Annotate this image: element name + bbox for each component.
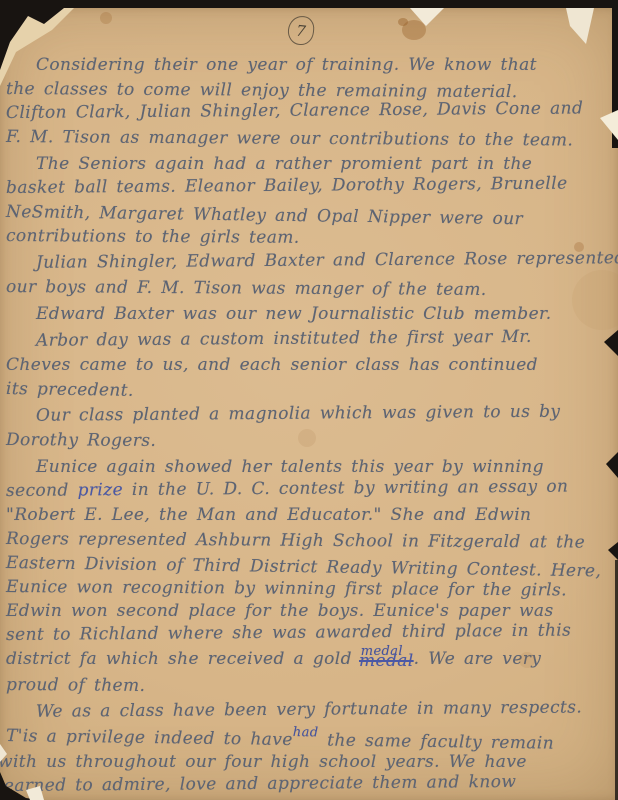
handwritten-line: Eunice won recognition by winning first …	[6, 575, 614, 603]
text-segment: We as a class have been very fortunate i…	[36, 697, 582, 721]
text-segment: district fa which she received a gold	[6, 649, 361, 669]
text-segment: learned to admire, love and appreciate t…	[0, 772, 516, 796]
text-segment: Arbor day was a custom instituted the fi…	[36, 327, 532, 351]
handwritten-line: Clifton Clark, Julian Shingler, Clarence…	[6, 96, 614, 125]
text-segment: Julian Shingler, Edward Baxter and Clare…	[36, 248, 618, 273]
text-segment: sent to Richland where she was awarded t…	[6, 621, 571, 645]
text-segment: Eunice won recognition by winning first …	[6, 577, 567, 600]
inserted-correction: had	[293, 721, 319, 745]
handwritten-line: Our class planted a magnolia which was g…	[6, 399, 614, 428]
handwritten-line: Dorothy Rogers.	[6, 428, 614, 456]
handwritten-line: Julian Shingler, Edward Baxter and Clare…	[6, 246, 614, 275]
handwritten-line: sent to Richland where she was awarded t…	[6, 618, 614, 647]
text-segment: its precedent.	[6, 379, 134, 401]
handwritten-line: Considering their one year of training. …	[6, 53, 614, 77]
handwritten-line: "Robert E. Lee, the Man and Educator." S…	[6, 503, 614, 527]
handwritten-line: Edward Baxter was our new Journalistic C…	[6, 302, 614, 326]
text-segment: Our class planted a magnolia which was g…	[36, 402, 561, 426]
text-segment: "Robert E. Lee, the Man and Educator." S…	[6, 505, 531, 525]
handwritten-line: Cheves came to us, and each senior class…	[6, 353, 614, 377]
handwritten-line: learned to admire, love and appreciate t…	[0, 769, 614, 798]
handwritten-line: district fa which she received a gold me…	[6, 647, 614, 673]
handwritten-line: second prize in the U. D. C. contest by …	[6, 474, 614, 503]
text-segment: Dorothy Rogers.	[6, 430, 156, 451]
handwritten-line: Arbor day was a custom instituted the fi…	[6, 324, 614, 353]
text-segment: contributions to the girls team.	[6, 226, 300, 248]
handwritten-line: our boys and F. M. Tison was manger of t…	[6, 275, 614, 303]
handwritten-line: We as a class have been very fortunate i…	[6, 695, 614, 724]
text-segment: F. M. Tison as manager were our contribu…	[6, 127, 573, 150]
text-segment: The Seniors again had a rather promient …	[36, 154, 532, 174]
text-segment: proud of them.	[6, 675, 145, 696]
text-segment: the same faculty remain	[318, 730, 554, 753]
overwritten-word: prize	[77, 480, 123, 500]
handwritten-line: F. M. Tison as manager were our contribu…	[6, 125, 614, 153]
text-segment: Edward Baxter was our new Journalistic C…	[36, 304, 552, 324]
text-segment: in the U. D. C. contest by writing an es…	[123, 477, 568, 500]
text-segment: Eunice again showed her talents this yea…	[36, 457, 544, 477]
text-segment: Cheves came to us, and each senior class…	[6, 355, 538, 375]
struck-word: medal	[359, 649, 414, 673]
text-segment: . We are very	[414, 649, 542, 669]
text-segment: T'is a privilege indeed to have	[6, 726, 293, 750]
text-segment: second	[6, 480, 78, 501]
handwritten-line: basket ball teams. Eleanor Bailey, Dorot…	[6, 171, 614, 200]
text-segment: Considering their one year of training. …	[36, 55, 537, 75]
handwritten-line: Rogers represented Ashburn High School i…	[6, 527, 614, 555]
handwritten-text: Considering their one year of training. …	[0, 8, 618, 800]
text-segment: Clifton Clark, Julian Shingler, Clarence…	[6, 98, 583, 123]
text-segment: our boys and F. M. Tison was manger of t…	[6, 277, 487, 300]
text-segment: basket ball teams. Eleanor Bailey, Dorot…	[6, 174, 568, 198]
text-segment: Rogers represented Ashburn High School i…	[6, 529, 585, 553]
scan-background: { "document": { "kind": "handwritten cla…	[0, 0, 618, 800]
text-segment: Edwin won second place for the boys. Eun…	[6, 601, 554, 621]
